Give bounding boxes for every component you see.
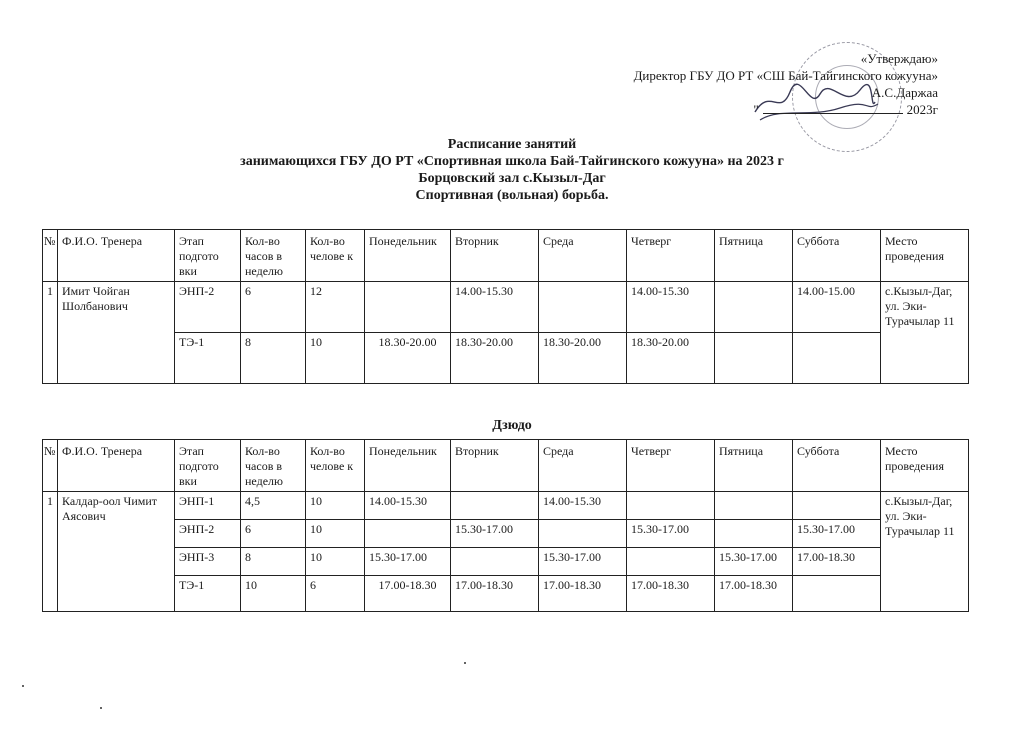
hours: 6 bbox=[241, 282, 306, 333]
col-sat: Суббота bbox=[793, 230, 881, 282]
table-row: 1 Имит Чойган Шолбанович ЭНП-2 6 12 14.0… bbox=[43, 282, 969, 333]
people: 10 bbox=[306, 333, 365, 384]
table-header-row: № Ф.И.О. Тренера Этап подгото вки Кол-во… bbox=[43, 440, 969, 492]
scan-speck bbox=[464, 662, 466, 664]
col-fri: Пятница bbox=[715, 230, 793, 282]
mon: 15.30-17.00 bbox=[365, 548, 451, 576]
tue: 18.30-20.00 bbox=[451, 333, 539, 384]
place: с.Кызыл-Даг, ул. Эки-Турачылар 11 bbox=[881, 492, 969, 612]
col-thu: Четверг bbox=[627, 230, 715, 282]
col-place: Место проведения bbox=[881, 230, 969, 282]
hours: 8 bbox=[241, 333, 306, 384]
col-coach: Ф.И.О. Тренера bbox=[58, 440, 175, 492]
col-fri: Пятница bbox=[715, 440, 793, 492]
thu bbox=[627, 492, 715, 520]
mon bbox=[365, 282, 451, 333]
wed bbox=[539, 282, 627, 333]
scan-speck bbox=[100, 707, 102, 709]
hours: 6 bbox=[241, 520, 306, 548]
thu: 14.00-15.30 bbox=[627, 282, 715, 333]
col-num: № bbox=[43, 440, 58, 492]
document-subtitle: занимающихся ГБУ ДО РТ «Спортивная школа… bbox=[0, 153, 1024, 170]
sat bbox=[793, 333, 881, 384]
scan-speck bbox=[22, 685, 24, 687]
mon: 14.00-15.30 bbox=[365, 492, 451, 520]
mon: 18.30-20.00 bbox=[365, 333, 451, 384]
date-quote: " bbox=[753, 102, 758, 117]
date-blank bbox=[763, 113, 903, 114]
venue: Борцовский зал с.Кызыл-Даг bbox=[0, 170, 1024, 187]
fri: 15.30-17.00 bbox=[715, 548, 793, 576]
thu: 17.00-18.30 bbox=[627, 576, 715, 612]
wed: 18.30-20.00 bbox=[539, 333, 627, 384]
wrestling-schedule-table: № Ф.И.О. Тренера Этап подгото вки Кол-во… bbox=[42, 229, 969, 384]
tue: 14.00-15.30 bbox=[451, 282, 539, 333]
col-thu: Четверг bbox=[627, 440, 715, 492]
col-people: Кол-во челове к bbox=[306, 440, 365, 492]
thu: 18.30-20.00 bbox=[627, 333, 715, 384]
thu bbox=[627, 548, 715, 576]
table-row: ТЭ-1 8 10 18.30-20.00 18.30-20.00 18.30-… bbox=[43, 333, 969, 384]
people: 10 bbox=[306, 492, 365, 520]
judo-section-title: Дзюдо bbox=[0, 418, 1024, 434]
stage: ТЭ-1 bbox=[175, 333, 241, 384]
col-stage: Этап подгото вки bbox=[175, 440, 241, 492]
approval-date: "2023г bbox=[634, 101, 938, 118]
col-mon: Понедельник bbox=[365, 230, 451, 282]
people: 6 bbox=[306, 576, 365, 612]
table-header-row: № Ф.И.О. Тренера Этап подгото вки Кол-во… bbox=[43, 230, 969, 282]
col-tue: Вторник bbox=[451, 230, 539, 282]
stage: ЭНП-1 bbox=[175, 492, 241, 520]
wed: 17.00-18.30 bbox=[539, 576, 627, 612]
mon bbox=[365, 520, 451, 548]
hours: 4,5 bbox=[241, 492, 306, 520]
approval-block: «Утверждаю» Директор ГБУ ДО РТ «СШ Бай-Т… bbox=[634, 50, 938, 118]
col-place: Место проведения bbox=[881, 440, 969, 492]
sat bbox=[793, 492, 881, 520]
document-header: Расписание занятий занимающихся ГБУ ДО Р… bbox=[0, 136, 1024, 204]
col-hours: Кол-во часов в неделю bbox=[241, 440, 306, 492]
tue: 15.30-17.00 bbox=[451, 520, 539, 548]
people: 10 bbox=[306, 548, 365, 576]
tue bbox=[451, 548, 539, 576]
sat: 15.30-17.00 bbox=[793, 520, 881, 548]
approve-label: «Утверждаю» bbox=[634, 50, 938, 67]
thu: 15.30-17.00 bbox=[627, 520, 715, 548]
col-tue: Вторник bbox=[451, 440, 539, 492]
tue bbox=[451, 492, 539, 520]
table-row: ТЭ-1 10 6 17.00-18.30 17.00-18.30 17.00-… bbox=[43, 576, 969, 612]
fri: 17.00-18.30 bbox=[715, 576, 793, 612]
fri bbox=[715, 333, 793, 384]
table-row: 1 Калдар-оол Чимит Аясович ЭНП-1 4,5 10 … bbox=[43, 492, 969, 520]
coach-name: Калдар-оол Чимит Аясович bbox=[58, 492, 175, 612]
people: 12 bbox=[306, 282, 365, 333]
stage: ЭНП-3 bbox=[175, 548, 241, 576]
row-num: 1 bbox=[43, 492, 58, 612]
col-hours: Кол-во часов в неделю bbox=[241, 230, 306, 282]
wed: 14.00-15.30 bbox=[539, 492, 627, 520]
col-wed: Среда bbox=[539, 440, 627, 492]
hours: 8 bbox=[241, 548, 306, 576]
col-stage: Этап подгото вки bbox=[175, 230, 241, 282]
table-row: ЭНП-3 8 10 15.30-17.00 15.30-17.00 15.30… bbox=[43, 548, 969, 576]
judo-schedule-table: № Ф.И.О. Тренера Этап подгото вки Кол-во… bbox=[42, 439, 969, 612]
stage: ЭНП-2 bbox=[175, 520, 241, 548]
sat: 17.00-18.30 bbox=[793, 548, 881, 576]
people: 10 bbox=[306, 520, 365, 548]
mon: 17.00-18.30 bbox=[365, 576, 451, 612]
col-sat: Суббота bbox=[793, 440, 881, 492]
date-year: 2023г bbox=[907, 102, 938, 117]
table-row: ЭНП-2 6 10 15.30-17.00 15.30-17.00 15.30… bbox=[43, 520, 969, 548]
fri bbox=[715, 282, 793, 333]
fri bbox=[715, 492, 793, 520]
hours: 10 bbox=[241, 576, 306, 612]
col-coach: Ф.И.О. Тренера bbox=[58, 230, 175, 282]
row-num: 1 bbox=[43, 282, 58, 384]
col-mon: Понедельник bbox=[365, 440, 451, 492]
fri bbox=[715, 520, 793, 548]
director-position: Директор ГБУ ДО РТ «СШ Бай-Тайгинского к… bbox=[634, 67, 938, 84]
col-wed: Среда bbox=[539, 230, 627, 282]
wed: 15.30-17.00 bbox=[539, 548, 627, 576]
coach-name: Имит Чойган Шолбанович bbox=[58, 282, 175, 384]
stage: ТЭ-1 bbox=[175, 576, 241, 612]
director-name: А.С.Даржаа bbox=[634, 84, 938, 101]
sat bbox=[793, 576, 881, 612]
sport-title: Спортивная (вольная) борьба. bbox=[0, 187, 1024, 204]
stage: ЭНП-2 bbox=[175, 282, 241, 333]
wed bbox=[539, 520, 627, 548]
tue: 17.00-18.30 bbox=[451, 576, 539, 612]
col-people: Кол-во челове к bbox=[306, 230, 365, 282]
document-title: Расписание занятий bbox=[0, 136, 1024, 153]
col-num: № bbox=[43, 230, 58, 282]
place: с.Кызыл-Даг, ул. Эки-Турачылар 11 bbox=[881, 282, 969, 384]
sat: 14.00-15.00 bbox=[793, 282, 881, 333]
